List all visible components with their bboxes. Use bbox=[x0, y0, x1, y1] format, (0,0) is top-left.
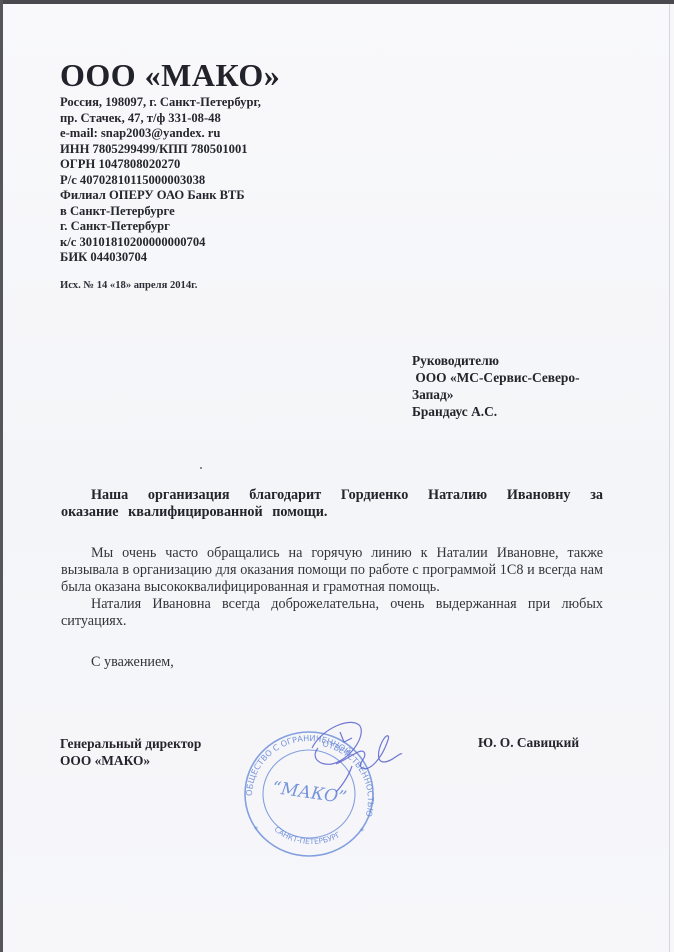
addressee-company-cont: Запад» bbox=[412, 386, 580, 403]
stamp-bottom-text: САНКТ-ПЕТЕРБУРГ bbox=[273, 825, 343, 847]
requisite-bank-city: в Санкт-Петербурге bbox=[60, 204, 175, 220]
company-stamp: ОБЩЕСТВО С ОГРАНИЧЕННОЙ ОТВЕТСТВЕННОСТЬЮ… bbox=[232, 718, 422, 868]
stamp-center-text: “МАКО” bbox=[271, 778, 348, 808]
scan-right-edge bbox=[669, 4, 670, 952]
letter-headline: Наша организация благодарит Гордиенко На… bbox=[61, 487, 603, 521]
addressee-company: ООО «МС-Сервис-Северо- bbox=[412, 369, 580, 386]
signatory-company: ООО «МАКО» bbox=[60, 752, 201, 769]
requisite-corr-account: к/с 30101810200000000704 bbox=[60, 235, 205, 251]
requisite-bank: Филиал ОПЕРУ ОАО Банк ВТБ bbox=[60, 188, 245, 204]
requisite-ogrn: ОГРН 1047808020270 bbox=[60, 157, 180, 173]
requisite-address: Россия, 198097, г. Санкт-Петербург, bbox=[60, 95, 261, 111]
svg-text:*: * bbox=[254, 825, 258, 834]
addressee-title: Руководителю bbox=[412, 352, 580, 369]
letter-paragraph-1: Мы очень часто обращались на горячую лин… bbox=[61, 545, 603, 596]
requisite-inn-kpp: ИНН 7805299499/КПП 780501001 bbox=[60, 142, 248, 158]
requisite-bik: БИК 044030704 bbox=[60, 250, 147, 266]
letter-closing: С уважением, bbox=[61, 654, 603, 671]
signatory-position: Генеральный директор ООО «МАКО» bbox=[60, 735, 201, 769]
requisite-street-phone: пр. Стачек, 47, т/ф 331-08-48 bbox=[60, 111, 221, 127]
signatory-title: Генеральный директор bbox=[60, 735, 201, 752]
requisite-email: e-mail: snap2003@yandex. ru bbox=[60, 126, 220, 142]
addressee-block: Руководителю ООО «МС-Сервис-Северо- Запа… bbox=[412, 352, 580, 420]
company-name: ООО «МАКО» bbox=[60, 57, 280, 94]
svg-text:ОТВЕТСТВЕННОСТЬЮ: ОТВЕТСТВЕННОСТЬЮ bbox=[321, 738, 376, 818]
scan-speck bbox=[200, 467, 202, 469]
requisite-city: г. Санкт-Петербург bbox=[60, 219, 170, 235]
svg-text:*: * bbox=[360, 827, 364, 836]
letter-paragraph-2: Наталия Ивановна всегда доброжелательна,… bbox=[61, 596, 603, 630]
outgoing-reference: Исх. № 14 «18» апреля 2014г. bbox=[60, 280, 197, 291]
requisite-account: Р/с 40702810115000003038 bbox=[60, 173, 205, 189]
addressee-name: Брандаус А.С. bbox=[412, 403, 580, 420]
signatory-name: Ю. О. Савицкий bbox=[478, 735, 579, 751]
